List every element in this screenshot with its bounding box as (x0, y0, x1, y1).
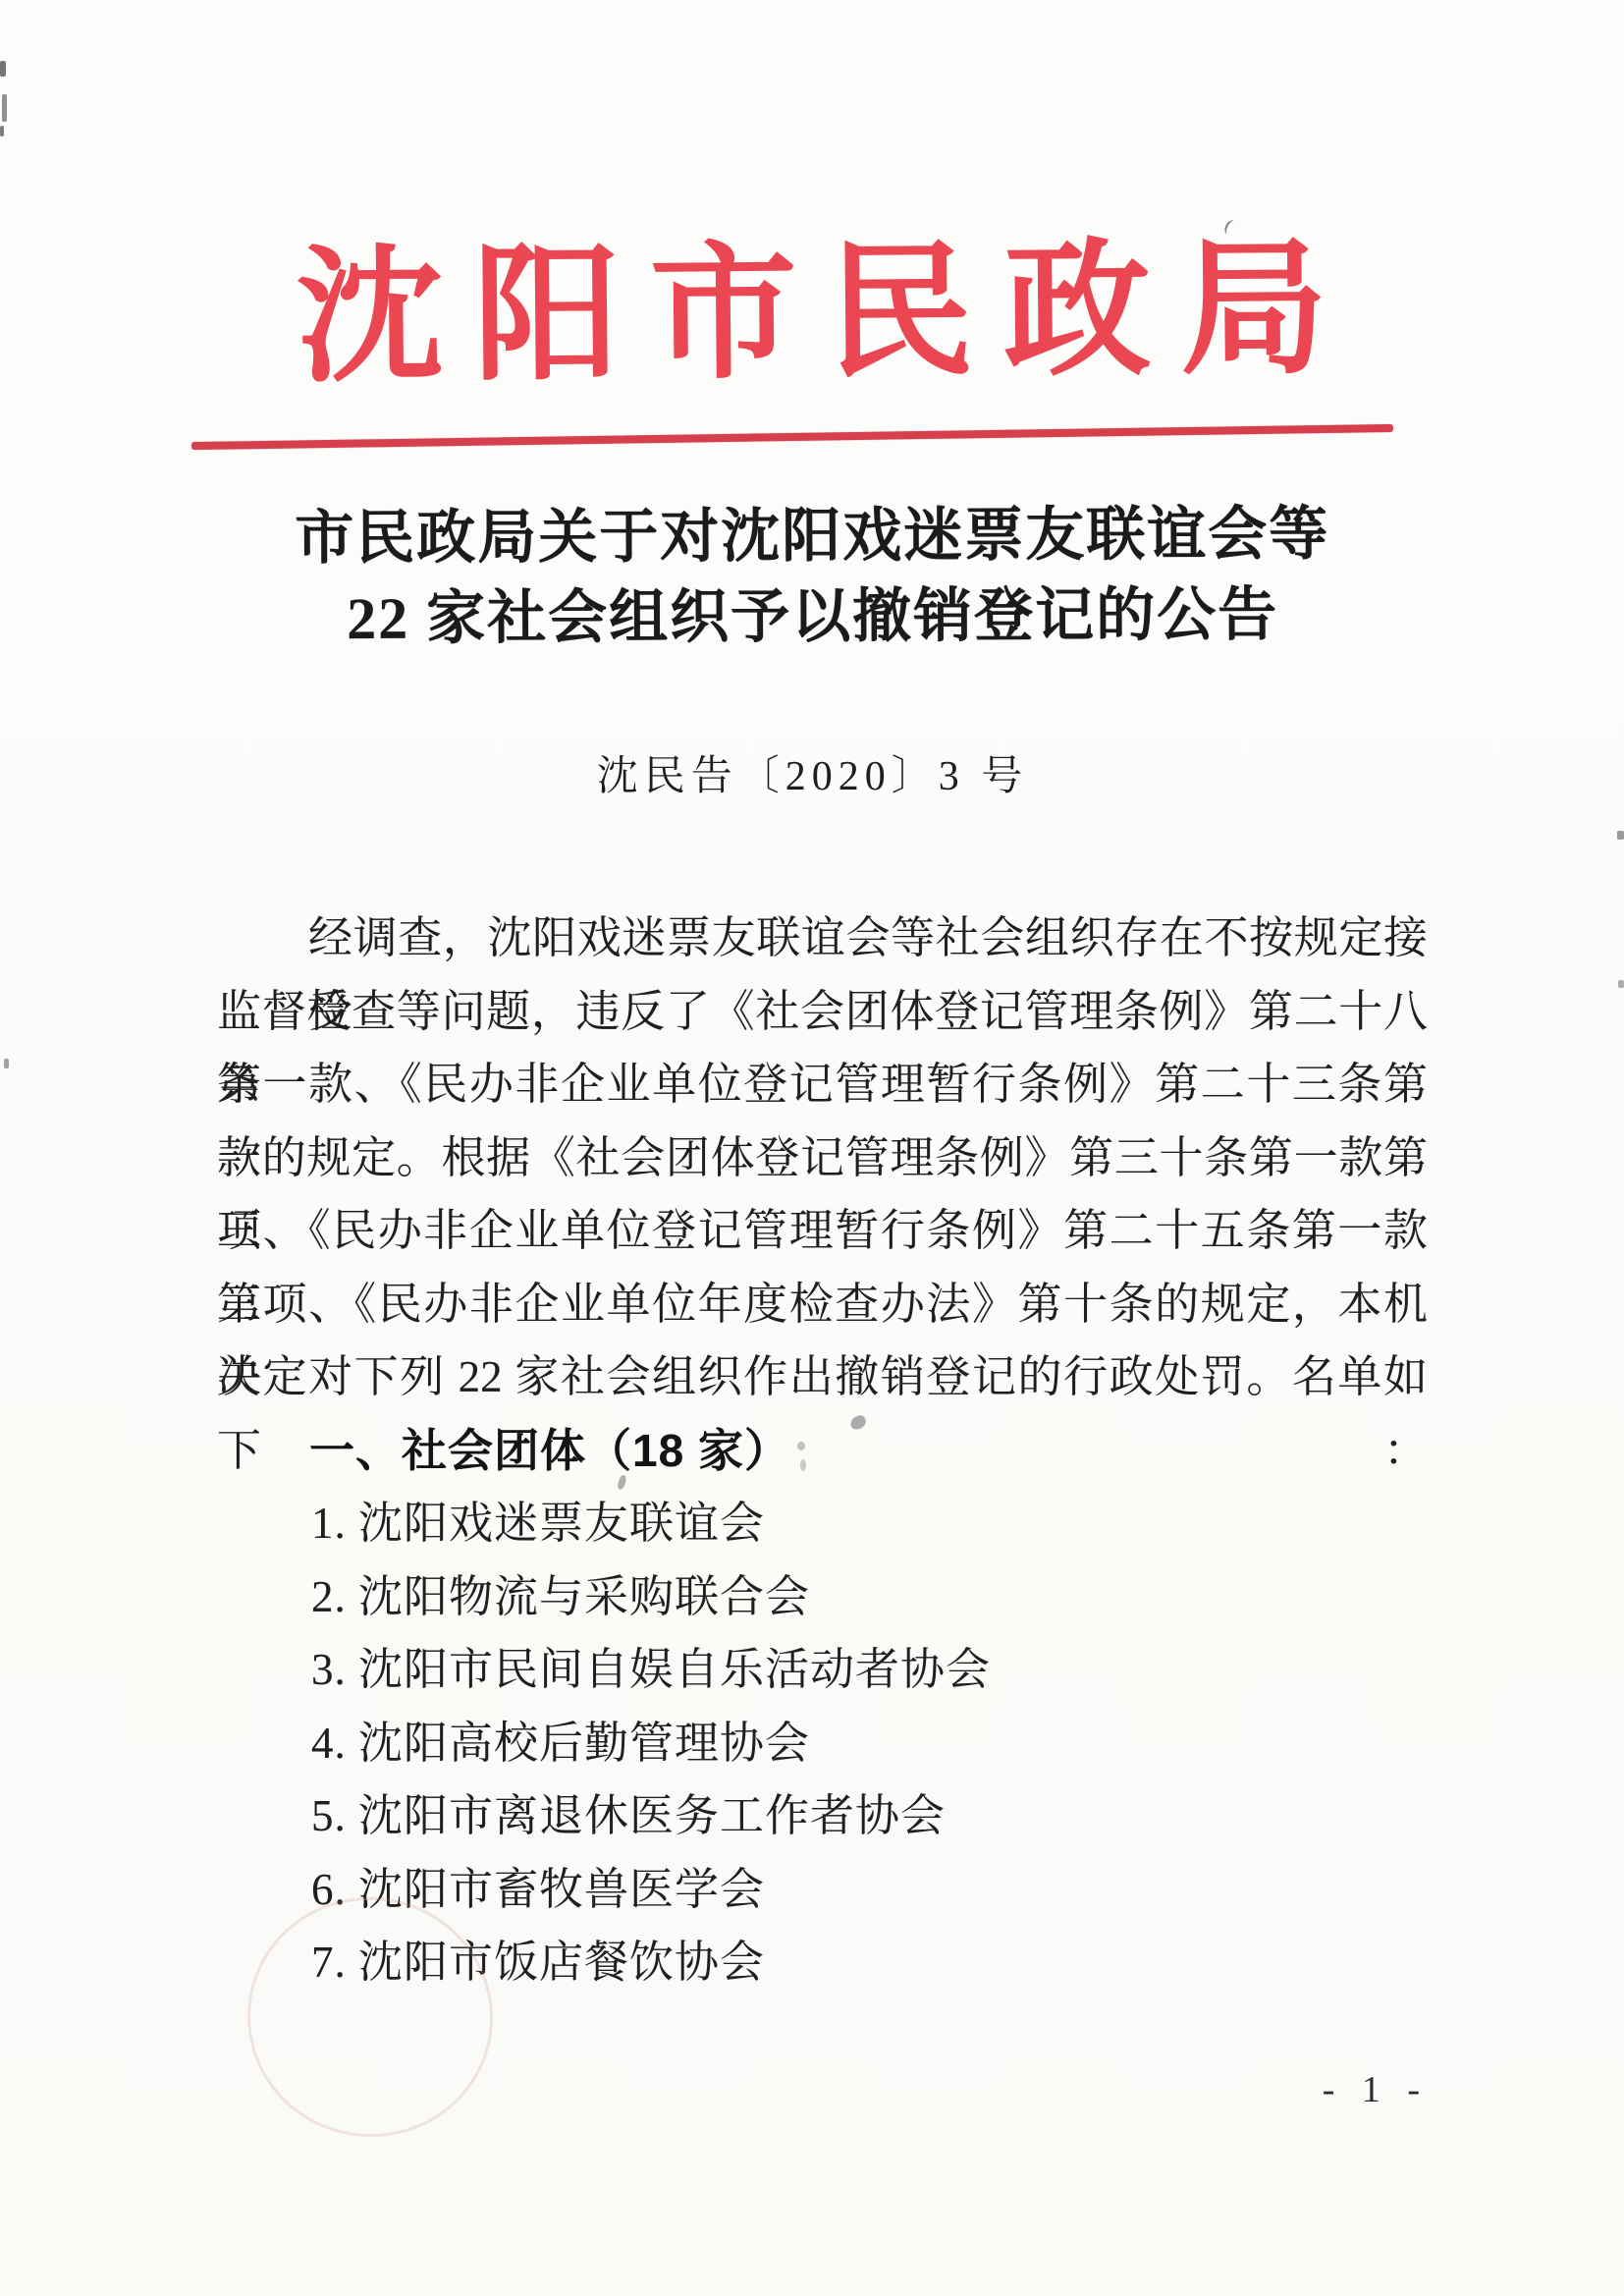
document-number: 沈民告〔2020〕3 号 (207, 748, 1418, 805)
list-item: 5. 沈阳市离退休医务工作者协会 (217, 1779, 1428, 1853)
scan-speck (0, 61, 6, 77)
body-line: 项、《民办非企业单位登记管理暂行条例》第二十五条第一款第 (217, 1194, 1428, 1268)
scan-speck (4, 1059, 9, 1068)
body-line: 决定对下列 22 家社会组织作出撤销登记的行政处罚。名单如下： (217, 1340, 1428, 1414)
document-body: 经调查，沈阳戏迷票友联谊会等社会组织存在不按规定接受 监督检查等问题，违反了《社… (217, 902, 1428, 1999)
list-item: 2. 沈阳物流与采购联合会 (217, 1560, 1428, 1634)
body-line: 监督检查等问题，违反了《社会团体登记管理条例》第二十八条 (217, 975, 1428, 1049)
list-item: 4. 沈阳高校后勤管理协会 (217, 1707, 1428, 1780)
scan-speck (0, 126, 4, 137)
body-line: 款的规定。根据《社会团体登记管理条例》第三十条第一款第三 (217, 1121, 1428, 1195)
body-line: 三项、《民办非企业单位年度检查办法》第十条的规定，本机关 (217, 1268, 1428, 1341)
body-line: 经调查，沈阳戏迷票友联谊会等社会组织存在不按规定接受 (217, 902, 1428, 975)
document-title-line-1: 市民政局关于对沈阳戏迷票友联谊会等 (207, 493, 1418, 578)
document-title-line-2: 22 家社会组织予以撤销登记的公告 (207, 574, 1418, 659)
scan-speck (1618, 980, 1624, 988)
masthead-rule (191, 424, 1393, 450)
document-title: 市民政局关于对沈阳戏迷票友联谊会等 22 家社会组织予以撤销登记的公告 (207, 493, 1419, 659)
scan-speck (1617, 831, 1624, 840)
list-item: 3. 沈阳市民间自娱自乐活动者协会 (217, 1633, 1428, 1707)
list-item: 1. 沈阳戏迷票友联谊会 (217, 1487, 1428, 1560)
list-item: 6. 沈阳市畜牧兽医学会 (217, 1853, 1428, 1927)
body-line: 第一款、《民办非企业单位登记管理暂行条例》第二十三条第一 (217, 1048, 1428, 1121)
document-page: 沈阳市民政局 市民政局关于对沈阳戏迷票友联谊会等 22 家社会组织予以撤销登记的… (0, 0, 1624, 2296)
scan-speck (2, 94, 7, 122)
issuer-name: 沈阳市民政局 (0, 227, 1624, 403)
page-number: - 1 - (1323, 2068, 1429, 2111)
list-item: 7. 沈阳市饭店餐饮协会 (217, 1926, 1428, 1999)
